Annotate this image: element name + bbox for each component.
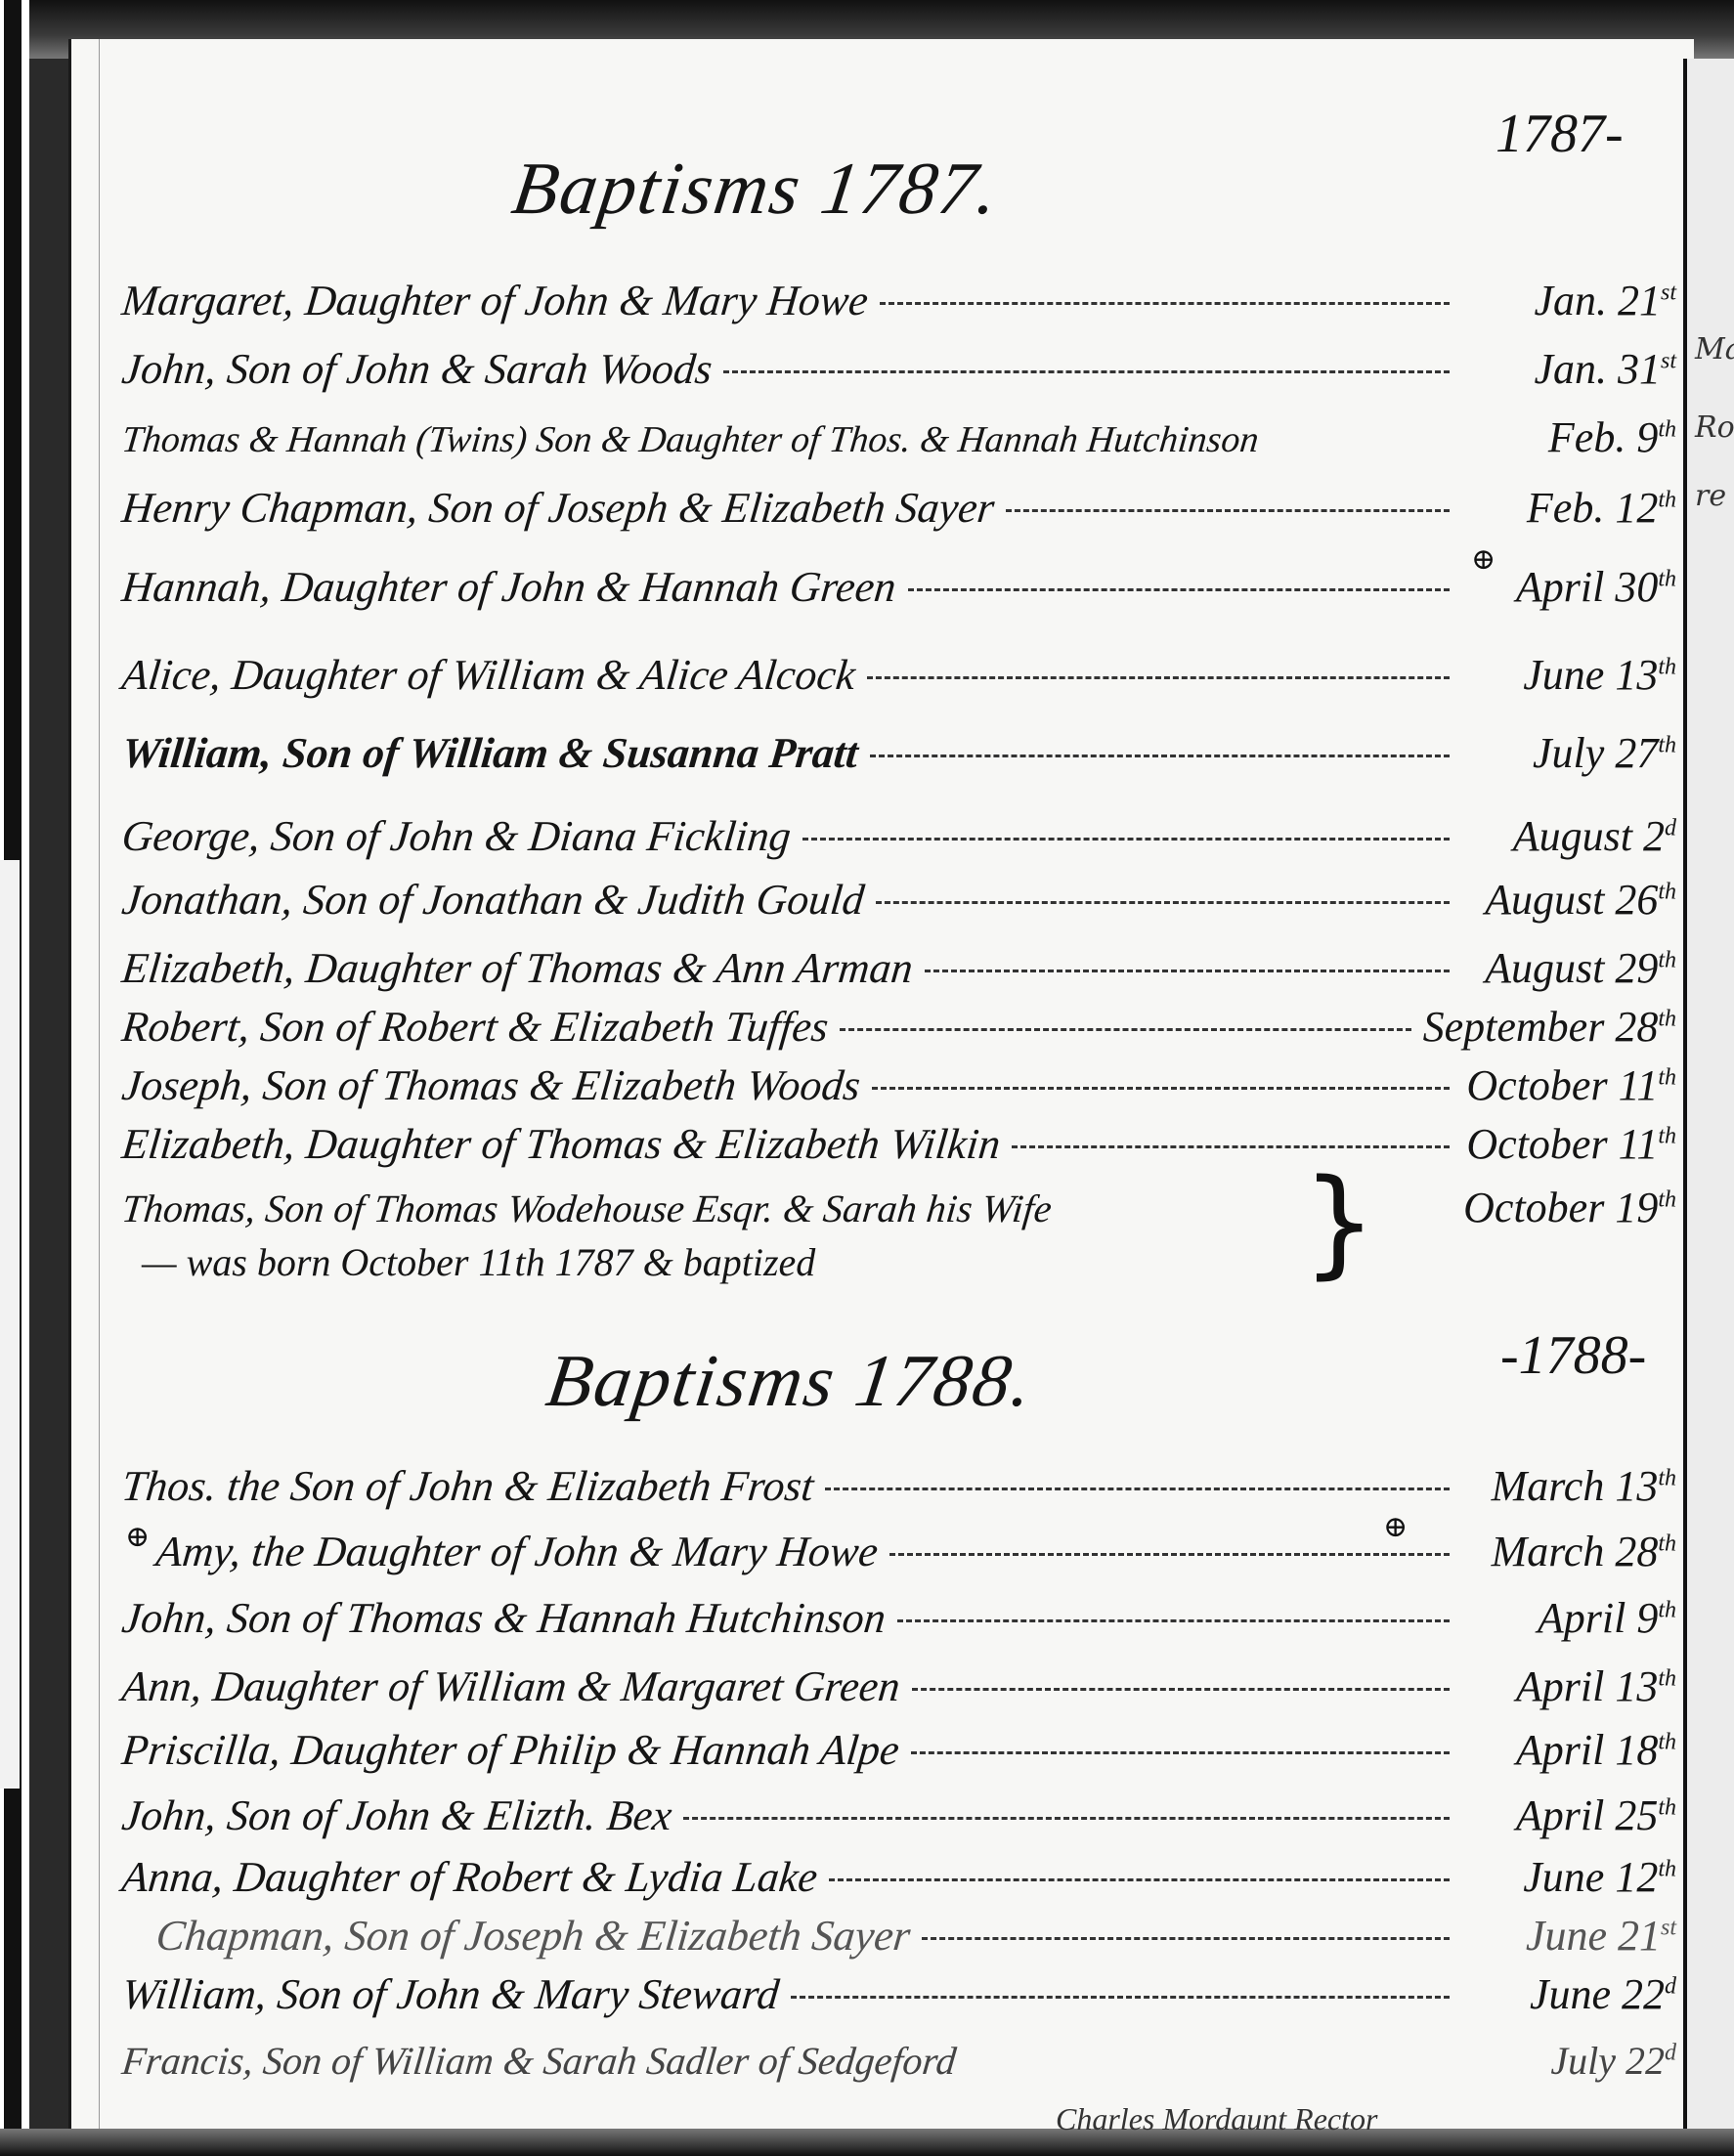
register-entry: Thomas & Hannah (Twins) Son & Daughter o… <box>122 412 1676 463</box>
leader-line <box>889 1553 1450 1556</box>
register-entry: Jonathan, Son of Jonathan & Judith Gould… <box>122 875 1676 926</box>
entry-name: Priscilla, Daughter of Philip & Hannah A… <box>119 1725 901 1775</box>
register-entry: Robert, Son of Robert & Elizabeth Tuffes… <box>122 1002 1676 1053</box>
leader-line <box>925 970 1450 972</box>
leader-line <box>802 838 1450 841</box>
entry-name: John, Son of Thomas & Hannah Hutchinson <box>119 1593 888 1643</box>
entry-date: October 11th <box>1461 1119 1676 1169</box>
leader-line <box>912 1688 1450 1691</box>
register-entry: Margaret, Daughter of John & Mary Howe J… <box>122 276 1676 326</box>
register-entry: Francis, Son of William & Sarah Sadler o… <box>122 2038 1676 2089</box>
entry-name: Hannah, Daughter of John & Hannah Green <box>119 562 898 612</box>
entry-date: October 11th <box>1461 1060 1676 1110</box>
register-entry: William, Son of John & Mary Steward June… <box>122 1969 1676 2020</box>
leader-line <box>908 588 1450 591</box>
register-entry: Hannah, Daughter of John & Hannah Green … <box>122 562 1676 613</box>
register-entry: Joseph, Son of Thomas & Elizabeth Woods … <box>122 1060 1676 1111</box>
register-entry: George, Son of John & Diana Fickling Aug… <box>122 811 1676 862</box>
entry-date: August 2d <box>1461 811 1676 861</box>
leader-line <box>1012 1145 1450 1148</box>
leader-line <box>911 1751 1450 1754</box>
register-entry: John, Son of John & Sarah Woods Jan. 31s… <box>122 344 1676 395</box>
leader-line <box>876 901 1450 904</box>
entry-date: Jan. 31st <box>1461 344 1676 394</box>
entry-date: April 30th <box>1461 562 1676 612</box>
entry-name: Thomas & Hannah (Twins) Son & Daughter o… <box>120 418 1261 461</box>
entry-date: September 28th <box>1423 1002 1676 1052</box>
entry-name: William, Son of John & Mary Steward <box>119 1969 781 2019</box>
leader-line <box>867 676 1450 679</box>
entry-name: William, Son of William & Susanna Pratt <box>119 728 860 778</box>
entry-name: John, Son of John & Sarah Woods <box>119 344 715 394</box>
section-heading-1788: Baptisms 1788. <box>542 1339 1039 1424</box>
register-entry: Priscilla, Daughter of Philip & Hannah A… <box>122 1725 1676 1776</box>
rector-signature: Charles Mordaunt Rector <box>1056 2101 1377 2137</box>
entry-name: Jonathan, Son of Jonathan & Judith Gould <box>119 875 866 925</box>
entry-date: June 12th <box>1461 1852 1676 1902</box>
leader-line <box>723 370 1450 373</box>
register-entry: Ann, Daughter of William & Margaret Gree… <box>122 1661 1676 1712</box>
entry-date: August 29th <box>1461 943 1676 993</box>
corner-year-1787: 1787- <box>1496 103 1624 165</box>
entry-name: John, Son of John & Elizth. Bex <box>119 1790 673 1840</box>
entry-date: June 21st <box>1461 1911 1676 1961</box>
entry-name: Ann, Daughter of William & Margaret Gree… <box>119 1661 902 1711</box>
entry-date: March 13th <box>1461 1461 1676 1511</box>
entry-date: June 13th <box>1461 650 1676 700</box>
entry-name: George, Son of John & Diana Fickling <box>119 811 793 861</box>
leader-line <box>683 1817 1450 1820</box>
register-entry: Alice, Daughter of William & Alice Alcoc… <box>122 650 1676 701</box>
entry-date: April 13th <box>1461 1661 1676 1711</box>
page-bottom-edge <box>0 2129 1734 2156</box>
entry-name: Thos. the Son of John & Elizabeth Frost <box>119 1461 816 1511</box>
entry-date: Feb. 12th <box>1461 483 1676 533</box>
register-entry: Henry Chapman, Son of Joseph & Elizabeth… <box>122 483 1676 534</box>
entry-date: March 28th <box>1461 1527 1676 1576</box>
corner-year-1788: -1788- <box>1500 1324 1646 1387</box>
entry-continuation: — was born October 11th 1787 & baptized <box>142 1239 815 1285</box>
leader-line <box>829 1878 1450 1881</box>
leader-line <box>880 302 1450 305</box>
entry-name: Amy, the Daughter of John & Mary Howe <box>153 1527 880 1576</box>
register-entry: Thos. the Son of John & Elizabeth Frost … <box>122 1461 1676 1512</box>
leader-line <box>922 1937 1450 1940</box>
adjacent-page-fragment: re <box>1695 479 1726 513</box>
register-entry: Anna, Daughter of Robert & Lydia Lake Ju… <box>122 1852 1676 1903</box>
entry-name: Robert, Son of Robert & Elizabeth Tuffes <box>119 1002 831 1052</box>
register-entry: John, Son of John & Elizth. Bex April 25… <box>122 1790 1676 1841</box>
leader-line <box>840 1028 1410 1031</box>
adjacent-page-fragment: Ma <box>1695 332 1734 367</box>
entry-date: August 26th <box>1461 875 1676 925</box>
book-binding <box>0 0 29 2156</box>
adjacent-page-strip: Ma Ro re <box>1687 59 1734 2156</box>
adjacent-page-fragment: Ro <box>1695 410 1734 445</box>
entry-name: Thomas, Son of Thomas Wodehouse Esqr. & … <box>120 1186 1055 1231</box>
entry-date: July 27th <box>1461 728 1676 778</box>
register-entry: Elizabeth, Daughter of Thomas & Ann Arma… <box>122 943 1676 994</box>
curly-brace: } <box>1302 1165 1376 1282</box>
entry-date: October 19th <box>1461 1183 1676 1232</box>
entry-name: Chapman, Son of Joseph & Elizabeth Sayer <box>153 1911 913 1961</box>
register-entry: Thomas, Son of Thomas Wodehouse Esqr. & … <box>122 1183 1676 1233</box>
leader-line <box>870 755 1450 757</box>
binding-tab <box>0 860 20 1789</box>
register-entry: John, Son of Thomas & Hannah Hutchinson … <box>122 1593 1676 1644</box>
leader-line <box>791 1996 1450 1999</box>
leader-line <box>1006 509 1450 512</box>
entry-name: Anna, Daughter of Robert & Lydia Lake <box>119 1852 820 1902</box>
entry-date: Feb. 9th <box>1461 412 1676 462</box>
entry-name: Elizabeth, Daughter of Thomas & Elizabet… <box>119 1119 1003 1169</box>
entry-date: June 22d <box>1461 1969 1676 2019</box>
entry-name: Alice, Daughter of William & Alice Alcoc… <box>119 650 857 700</box>
register-entry: Elizabeth, Daughter of Thomas & Elizabet… <box>122 1119 1676 1170</box>
entry-name: Elizabeth, Daughter of Thomas & Ann Arma… <box>119 943 915 993</box>
entry-name: Henry Chapman, Son of Joseph & Elizabeth… <box>119 483 996 533</box>
entry-date: April 18th <box>1461 1725 1676 1775</box>
section-heading-1787: Baptisms 1787. <box>507 147 1005 232</box>
register-entry: Amy, the Daughter of John & Mary Howe Ma… <box>156 1527 1676 1577</box>
leader-line <box>897 1619 1450 1622</box>
entry-date: April 9th <box>1461 1593 1676 1643</box>
entry-name: Margaret, Daughter of John & Mary Howe <box>119 276 870 325</box>
entry-name: Francis, Son of William & Sarah Sadler o… <box>120 2038 959 2084</box>
leader-line <box>825 1488 1450 1490</box>
leader-line <box>872 1087 1450 1090</box>
entry-date: Jan. 21st <box>1461 276 1676 325</box>
register-entry: William, Son of William & Susanna Pratt … <box>122 728 1676 779</box>
register-entry: Chapman, Son of Joseph & Elizabeth Sayer… <box>156 1911 1676 1962</box>
cross-mark-icon: ⊕ <box>125 1520 150 1554</box>
entry-date: July 22d <box>1461 2038 1676 2084</box>
entry-date: April 25th <box>1461 1790 1676 1840</box>
entry-name: Joseph, Son of Thomas & Elizabeth Woods <box>119 1060 862 1110</box>
